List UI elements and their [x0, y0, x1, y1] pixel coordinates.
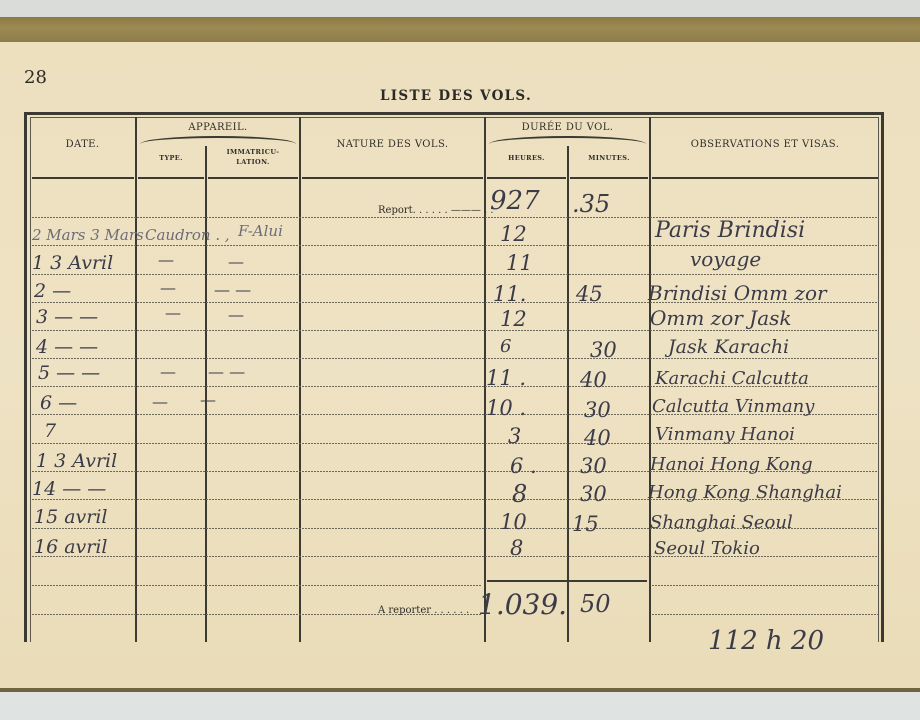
row-observations: Jask Karachi [668, 336, 789, 358]
row-immat: — [228, 252, 244, 271]
row-minutes: 40 [584, 426, 611, 450]
background [0, 692, 920, 720]
row-minutes: 40 [580, 368, 607, 392]
row-observations: Seoul Tokio [654, 538, 760, 559]
row-type: Caudron . , [145, 226, 230, 244]
row-date: 2 — [34, 280, 71, 302]
header-date: DATE. [30, 139, 135, 150]
row-date: 2 Mars 3 Mars [32, 226, 144, 244]
header-appareil: APPAREIL. [137, 122, 299, 133]
row-immat: — — [214, 280, 251, 299]
row-hours: 11 [506, 251, 533, 275]
row-observations: Brindisi Omm zor [648, 281, 827, 305]
row-observations: Calcutta Vinmany [652, 396, 814, 417]
row-type: — [160, 362, 176, 381]
header-rule [32, 177, 134, 179]
row-rule [32, 330, 878, 331]
row-date: 3 — — [36, 306, 98, 328]
page-title: LISTE DES VOLS. [380, 88, 532, 104]
row-type: — [158, 250, 174, 269]
col-divider [649, 117, 651, 642]
row-hours: 12 [500, 222, 527, 246]
row-date: 16 avril [34, 536, 108, 558]
header-heures: HEURES. [486, 153, 567, 163]
header-rule [138, 177, 204, 179]
row-date: 15 avril [34, 506, 108, 528]
row-rule [652, 614, 878, 615]
row-hours: 8 [512, 480, 527, 508]
row-rule [32, 274, 878, 275]
row-rule [32, 245, 878, 246]
row-type: — [165, 303, 181, 322]
row-date: 1 3 Avril [36, 450, 117, 472]
row-minutes: 30 [580, 454, 607, 478]
row-minutes: 30 [590, 338, 617, 362]
row-hours: 6 [500, 336, 511, 357]
carry-forward-minutes: 50 [580, 590, 611, 618]
page-number: 28 [24, 67, 47, 88]
row-observations: Karachi Calcutta [655, 368, 809, 389]
header-duree: DURÉE DU VOL. [486, 122, 649, 133]
row-hours: 11. [493, 282, 526, 306]
row-minutes: 15 [572, 512, 599, 536]
col-divider [299, 117, 301, 642]
row-date: 7 [44, 420, 56, 442]
header-immatriculation-line2: LATION. [207, 157, 299, 167]
row-immat: — — [208, 362, 245, 381]
col-divider [567, 146, 569, 642]
header-rule [487, 177, 566, 179]
row-immat: — [228, 305, 244, 324]
header-nature: NATURE DES VOLS. [301, 139, 484, 150]
row-immat: — [200, 390, 216, 409]
col-divider [135, 117, 137, 642]
carry-forward-label: A reporter . . . . . . [378, 605, 469, 616]
row-date: 5 — — [38, 362, 100, 384]
header-rule [208, 177, 298, 179]
report-minutes: .35 [572, 190, 610, 218]
row-rule [32, 358, 878, 359]
row-rule [652, 585, 878, 586]
total-rule [487, 580, 647, 582]
row-hours: 6 . [510, 454, 537, 478]
carry-forward-hours: 1.039. [478, 588, 567, 621]
row-observations: Hanoi Hong Kong [650, 454, 813, 475]
row-type: — [152, 392, 168, 411]
header-minutes: MINUTES. [569, 153, 649, 163]
row-immat: F-Alui [238, 222, 283, 240]
header-type: TYPE. [137, 153, 205, 163]
header-rule [652, 177, 878, 179]
row-hours: 12 [500, 307, 527, 331]
row-rule [32, 585, 482, 586]
row-date: 1 3 Avril [32, 252, 113, 274]
row-date: 14 — — [32, 478, 106, 500]
report-label: Report. . . . . . ——— . . [378, 205, 494, 216]
row-minutes: 30 [580, 482, 607, 506]
row-date: 4 — — [36, 336, 98, 358]
row-hours: 8 [510, 536, 523, 560]
header-observations: OBSERVATIONS ET VISAS. [651, 139, 879, 150]
row-minutes: 45 [576, 282, 603, 306]
row-hours: 11 . [486, 366, 526, 390]
row-observations: voyage [690, 247, 761, 271]
header-immatriculation-line1: IMMATRICU- [207, 147, 299, 157]
row-date: 6 — [40, 392, 77, 414]
row-hours: 10 . [486, 396, 526, 420]
row-observations: Hong Kong Shanghai [648, 482, 842, 503]
total-annotation: 112 h 20 [708, 626, 824, 656]
report-hours: 927 [490, 186, 540, 216]
row-observations: Vinmany Hanoi [655, 424, 795, 445]
header-immatriculation: IMMATRICU- LATION. [207, 147, 299, 167]
row-hours: 3 [508, 424, 521, 448]
row-observations: Shanghai Seoul [650, 512, 793, 533]
header-rule [302, 177, 483, 179]
row-hours: 10 [500, 510, 527, 534]
row-observations: Paris Brindisi [655, 218, 805, 243]
row-type: — [160, 278, 176, 297]
header-rule [570, 177, 648, 179]
book-binding [0, 17, 920, 43]
row-minutes: 30 [584, 398, 611, 422]
row-observations: Omm zor Jask [650, 306, 792, 330]
